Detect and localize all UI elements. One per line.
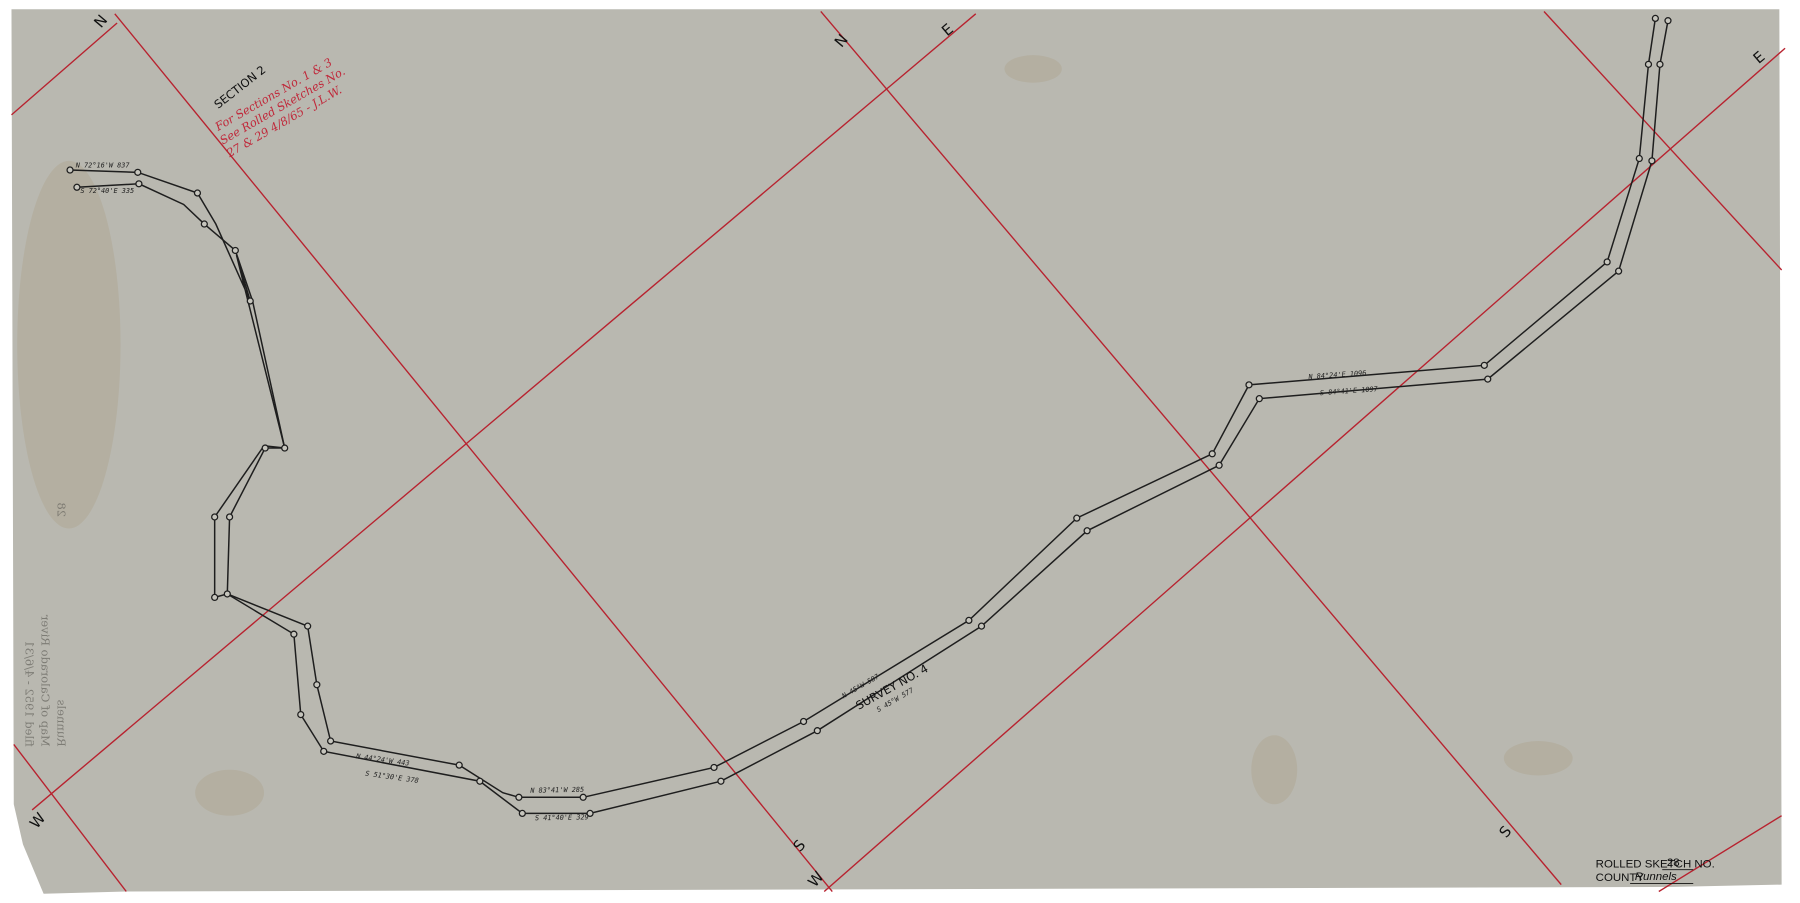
svg-text:filed 1952 - 4/6/31: filed 1952 - 4/6/31	[22, 640, 36, 746]
svg-text:Runnels: Runnels	[54, 699, 68, 746]
segment-label: S 72°40'E 335	[80, 187, 134, 195]
svg-text:Map of Calorado River: Map of Calorado River	[38, 614, 52, 746]
segment-label: S 41°40'E 329	[535, 813, 589, 822]
rolled-sketch-number: 28	[1667, 857, 1680, 869]
segment-label: N 83°41'W 285	[529, 786, 584, 795]
survey-map: N 84°24'E 1096 S 84°41'E 1097 N 45°W 587…	[0, 0, 1800, 903]
svg-text:28: 28	[54, 502, 68, 517]
rolled-sketch-label: ROLLED SKETCH NO.	[1596, 858, 1715, 870]
segment-label: N 72°16'W 837	[75, 162, 131, 170]
county-value: Runnels	[1635, 871, 1677, 883]
